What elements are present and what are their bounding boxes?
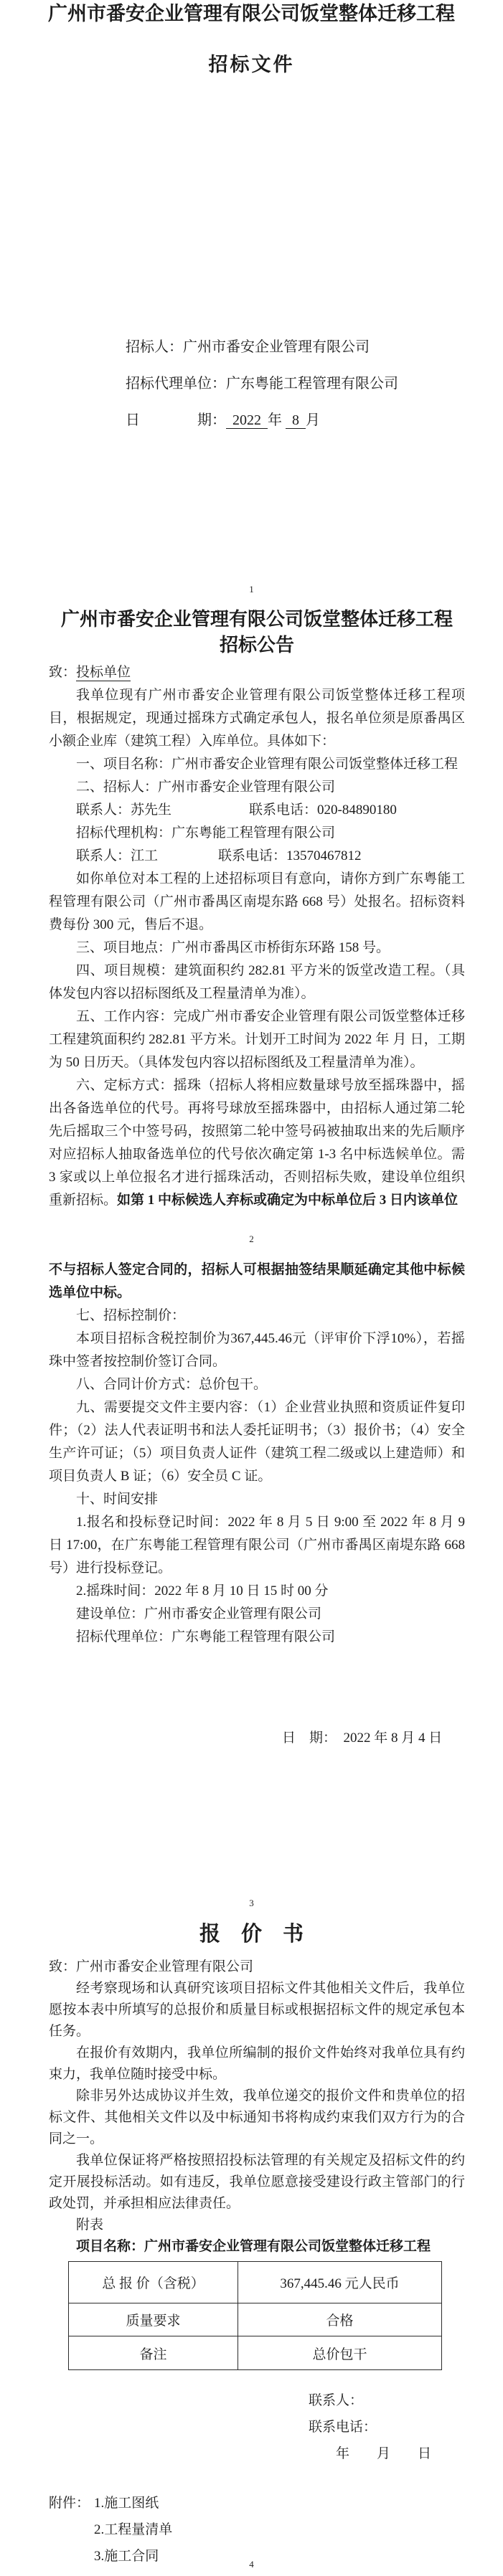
attachment-item-2: 2.工程量清单 (94, 2516, 172, 2543)
table-row-remark: 备注 总价包干 (69, 2336, 442, 2370)
total-price-value: 367,445.46 元人民币 (238, 2262, 442, 2303)
builder-line: 建设单位：广州市番安企业管理有限公司 (49, 1603, 465, 1626)
tender-document: 广州市番安企业管理有限公司饭堂整体迁移工程 招标文件 招标人：广州市番安企业管理… (0, 0, 503, 2576)
announcement-item-7-detail: 本项目招标含税控制价为367,445.46元（评审价下浮10%），若摇珠中签者按… (49, 1327, 465, 1373)
announcement-item-10-2: 2.摇珠时间：2022 年 8 月 10 日 15 时 00 分 (49, 1580, 465, 1603)
announcement-item-7: 七、招标控制价： (49, 1304, 465, 1327)
cover-agency-line: 招标代理单位：广东粤能工程管理有限公司 (126, 375, 398, 392)
announcement-intro: 我单位现有广州市番安企业管理有限公司饭堂整体迁移工程项目，根据规定，现通过摇珠方… (49, 684, 465, 753)
quote-para-3: 除非另外达成协议并生效，我单位递交的报价文件和贵单位的招标文件、其他相关文件以及… (49, 2085, 465, 2150)
agency-contact-label: 联系人： (76, 848, 131, 863)
date-label: 日 期： (126, 412, 226, 428)
agency-phone-label: 联系电话： (218, 848, 286, 863)
owner-contact-line: 联系人：苏先生联系电话：020-84890180 (49, 799, 465, 822)
page-number-3: 3 (0, 1898, 503, 1909)
table-row-total-price: 总 报 价（含税） 367,445.46 元人民币 (69, 2262, 442, 2303)
bidder-label: 招标人： (126, 339, 183, 355)
announcement-heading-line2: 招标公告 (49, 633, 465, 658)
cover-title: 广州市番安企业管理有限公司饭堂整体迁移工程 (0, 1, 503, 26)
announcement-item-3: 三、项目地点：广州市番禺区市桥街东环路 158 号。 (49, 937, 465, 960)
agency-contact-line: 联系人：江工联系电话：13570467812 (49, 845, 465, 868)
announcement-item-6: 六、定标方式：摇珠（招标人将相应数量球号放至摇珠器中，摇出各备选单位的代号。再将… (49, 1074, 465, 1212)
item-6-bold-continued: 不与招标人签定合同的，招标人可根据抽签结果顺延确定其他中标候选单位中标。 (49, 1259, 465, 1304)
agency-phone-value: 13570467812 (286, 848, 362, 863)
announcement-invite: 如你单位对本工程的上述招标项目有意向，请你方到广东粤能工程管理有限公司（广州市番… (49, 868, 465, 937)
announcement-item-9: 九、需要提交文件主要内容：（1）企业营业执照和资质证件复印件；（2）法人代表证明… (49, 1396, 465, 1488)
attachments-label: 附件： (49, 2490, 90, 2570)
page-number-2: 2 (0, 1233, 503, 1245)
to-label: 致： (49, 665, 76, 680)
owner-phone-label: 联系电话： (249, 802, 317, 818)
quote-body: 致：广州市番安企业管理有限公司 经考察现场和认真研究该项目招标文件其他相关文件后… (49, 1956, 465, 2258)
page-number-1: 1 (0, 584, 503, 595)
remark-value: 总价包干 (238, 2336, 442, 2370)
attachments-list: 1.施工图纸 2.工程量清单 3.施工合同 (94, 2490, 172, 2570)
date-year-unit: 年 (268, 412, 282, 428)
to-value: 投标单位 (76, 665, 131, 681)
remark-label: 备注 (69, 2336, 238, 2370)
quality-value: 合格 (238, 2303, 442, 2336)
announcement-page-2: 不与招标人签定合同的，招标人可根据抽签结果顺延确定其他中标候选单位中标。 七、招… (49, 1259, 465, 1649)
date-year: 2022 (226, 412, 268, 429)
agency-value: 广东粤能工程管理有限公司 (226, 376, 398, 392)
sign-phone-label: 联系电话： (309, 2416, 377, 2435)
attachment-item-1: 1.施工图纸 (94, 2490, 172, 2516)
quality-label: 质量要求 (69, 2303, 238, 2336)
date-month: 8 (286, 412, 306, 429)
table-row-quality: 质量要求 合格 (69, 2303, 442, 2336)
quote-title: 报 价 书 (0, 1918, 503, 1947)
announcement-item-5: 五、工作内容：完成广州市番安企业管理有限公司饭堂整体迁移工程建筑面积约 282.… (49, 1005, 465, 1074)
announcement-to-line: 致：投标单位 (49, 661, 465, 684)
agency-label: 招标代理单位： (126, 376, 226, 392)
agency-line: 招标代理机构：广东粤能工程管理有限公司 (49, 822, 465, 845)
page-number-4: 4 (0, 2559, 503, 2570)
announcement-page-1: 广州市番安企业管理有限公司饭堂整体迁移工程 招标公告 致：投标单位 我单位现有广… (49, 607, 465, 1212)
bidder-value: 广州市番安企业管理有限公司 (183, 339, 370, 355)
item-6-normal: 六、定标方式：摇珠（招标人将相应数量球号放至摇珠器中，摇出各备选单位的代号。再将… (49, 1078, 465, 1208)
announcement-item-8: 八、合同计价方式：总价包干。 (49, 1373, 465, 1396)
owner-phone-value: 020-84890180 (317, 802, 397, 818)
total-price-label: 总 报 价（含税） (69, 2262, 238, 2303)
quote-table: 总 报 价（含税） 367,445.46 元人民币 质量要求 合格 备注 总价包… (68, 2261, 442, 2370)
announcement-date-line: 日 期： 2022 年 8 月 4 日 (282, 1727, 442, 1746)
cover-fields: 招标人：广州市番安企业管理有限公司 招标代理单位：广东粤能工程管理有限公司 日 … (126, 338, 398, 448)
quote-to-line: 致：广州市番安企业管理有限公司 (49, 1956, 465, 1978)
sign-date-blank: 年 月 日 (336, 2443, 431, 2462)
owner-contact-label: 联系人： (76, 802, 131, 818)
quote-para-4: 我单位保证将严格按照招投标法管理的有关规定及招标文件的约定开展投标活动。如有违反… (49, 2150, 465, 2215)
attachments-block: 附件： 1.施工图纸 2.工程量清单 3.施工合同 (49, 2490, 172, 2570)
quote-para-1: 经考察现场和认真研究该项目招标文件其他相关文件后，我单位愿按本表中所填写的总报价… (49, 1978, 465, 2042)
announcement-item-2: 二、招标人：广州市番安企业管理有限公司 (49, 776, 465, 799)
cover-date-line: 日 期：2022年 8月 (126, 412, 398, 429)
announcement-heading-line1: 广州市番安企业管理有限公司饭堂整体迁移工程 (49, 607, 465, 633)
item-6-bold: 如第 1 中标候选人弃标或确定为中标单位后 3 日内该单位 (117, 1193, 458, 1208)
announcement-item-10-1: 1.报名和投标登记时间：2022 年 8 月 5 日 9:00 至 2022 年… (49, 1511, 465, 1580)
date-month-unit: 月 (306, 412, 320, 428)
announcement-item-10: 十、时间安排 (49, 1488, 465, 1511)
cover-subtitle: 招标文件 (0, 49, 503, 77)
owner-contact-value: 苏先生 (131, 802, 171, 818)
announcement-item-1: 一、项目名称：广州市番安企业管理有限公司饭堂整体迁移工程 (49, 753, 465, 776)
cover-bidder-line: 招标人：广州市番安企业管理有限公司 (126, 338, 398, 356)
quote-para-2: 在报价有效期内，我单位所编制的报价文件始终对我单位具有约束力，我单位随时接受中标… (49, 2042, 465, 2085)
sign-contact-label: 联系人： (309, 2390, 363, 2409)
agency-contact-value: 江工 (131, 848, 158, 863)
agency-line-2: 招标代理单位：广东粤能工程管理有限公司 (49, 1626, 465, 1649)
attach-table-label: 附表 (49, 2215, 465, 2236)
project-name-line: 项目名称：广州市番安企业管理有限公司饭堂整体迁移工程 (49, 2236, 465, 2258)
announcement-item-4: 四、项目规模：建筑面积约 282.81 平方米的饭堂改造工程。（具体发包内容以招… (49, 960, 465, 1005)
